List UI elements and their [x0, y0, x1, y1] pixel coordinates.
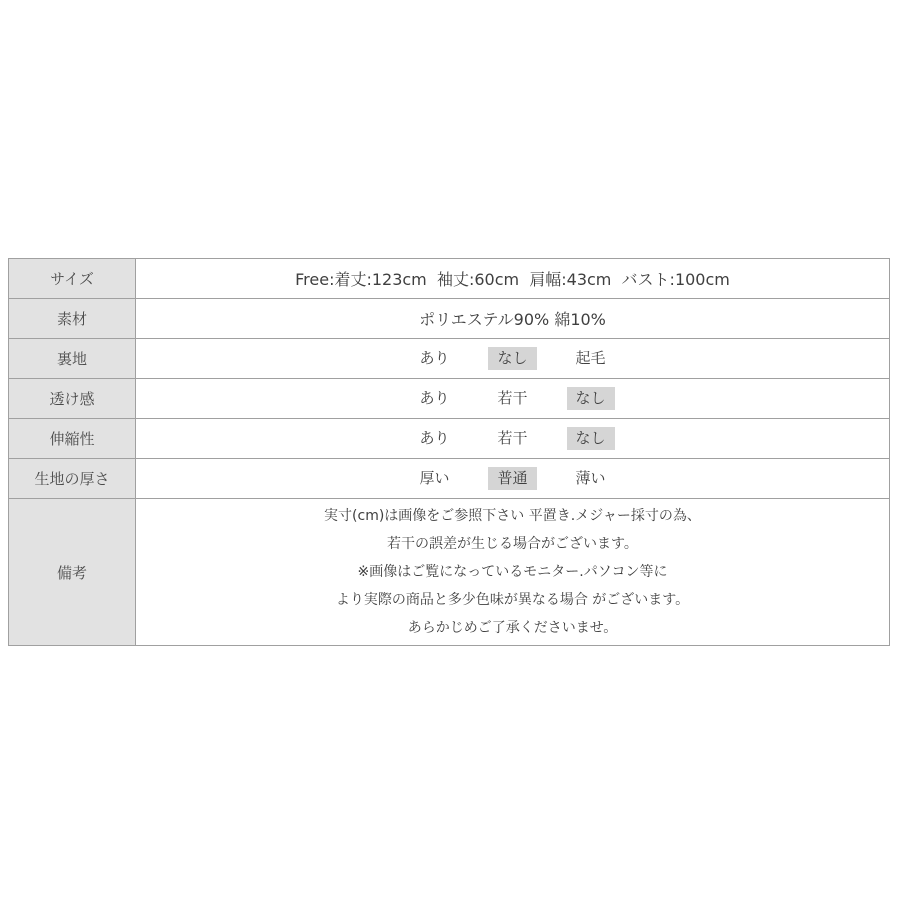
spec-table-body: サイズFree:着丈:123cm 袖丈:60cm 肩幅:43cm バスト:100…: [9, 259, 890, 646]
note-line: 実寸(cm)は画像をご参照下さい 平置き.メジャー採寸の為、: [136, 502, 889, 530]
option: 薄い: [567, 467, 615, 490]
spec-label: 素材: [9, 299, 136, 339]
option-selected: なし: [567, 427, 615, 450]
option-group: あり若干なし: [136, 387, 889, 410]
table-row: サイズFree:着丈:123cm 袖丈:60cm 肩幅:43cm バスト:100…: [9, 259, 890, 299]
spec-value: Free:着丈:123cm 袖丈:60cm 肩幅:43cm バスト:100cm: [136, 259, 890, 299]
product-spec-table: サイズFree:着丈:123cm 袖丈:60cm 肩幅:43cm バスト:100…: [8, 258, 890, 646]
option-selected: なし: [488, 347, 536, 370]
spec-label: 生地の厚さ: [9, 459, 136, 499]
option: 起毛: [567, 347, 615, 370]
spec-label: 備考: [9, 499, 136, 646]
spec-value-text: ポリエステル90% 綿10%: [419, 310, 606, 329]
option-group: あり若干なし: [136, 427, 889, 450]
table-row: 生地の厚さ厚い普通薄い: [9, 459, 890, 499]
option-group: 厚い普通薄い: [136, 467, 889, 490]
spec-label: サイズ: [9, 259, 136, 299]
option: 若干: [488, 427, 536, 450]
spec-value: ポリエステル90% 綿10%: [136, 299, 890, 339]
option: あり: [410, 347, 458, 370]
table-row: 素材ポリエステル90% 綿10%: [9, 299, 890, 339]
spec-value: ありなし起毛: [136, 339, 890, 379]
table-row: 裏地ありなし起毛: [9, 339, 890, 379]
note-line: より実際の商品と多少色味が異なる場合 がございます。: [136, 586, 889, 614]
spec-value: あり若干なし: [136, 419, 890, 459]
option: あり: [410, 387, 458, 410]
option: 若干: [488, 387, 536, 410]
spec-value-text: Free:着丈:123cm 袖丈:60cm 肩幅:43cm バスト:100cm: [295, 270, 730, 289]
option-group: ありなし起毛: [136, 347, 889, 370]
note-line: 若干の誤差が生じる場合がございます。: [136, 530, 889, 558]
page-canvas: サイズFree:着丈:123cm 袖丈:60cm 肩幅:43cm バスト:100…: [0, 0, 900, 900]
option: あり: [410, 427, 458, 450]
spec-label: 裏地: [9, 339, 136, 379]
spec-value: 実寸(cm)は画像をご参照下さい 平置き.メジャー採寸の為、若干の誤差が生じる場…: [136, 499, 890, 646]
spec-label: 伸縮性: [9, 419, 136, 459]
option: 厚い: [410, 467, 458, 490]
spec-label: 透け感: [9, 379, 136, 419]
table-row: 透け感あり若干なし: [9, 379, 890, 419]
note-line: あらかじめご了承くださいませ。: [136, 614, 889, 642]
table-row: 備考実寸(cm)は画像をご参照下さい 平置き.メジャー採寸の為、若干の誤差が生じ…: [9, 499, 890, 646]
option-selected: なし: [567, 387, 615, 410]
notes-block: 実寸(cm)は画像をご参照下さい 平置き.メジャー採寸の為、若干の誤差が生じる場…: [136, 502, 889, 642]
option-selected: 普通: [488, 467, 536, 490]
note-line: ※画像はご覧になっているモニター.パソコン等に: [136, 558, 889, 586]
spec-value: 厚い普通薄い: [136, 459, 890, 499]
spec-value: あり若干なし: [136, 379, 890, 419]
table-row: 伸縮性あり若干なし: [9, 419, 890, 459]
